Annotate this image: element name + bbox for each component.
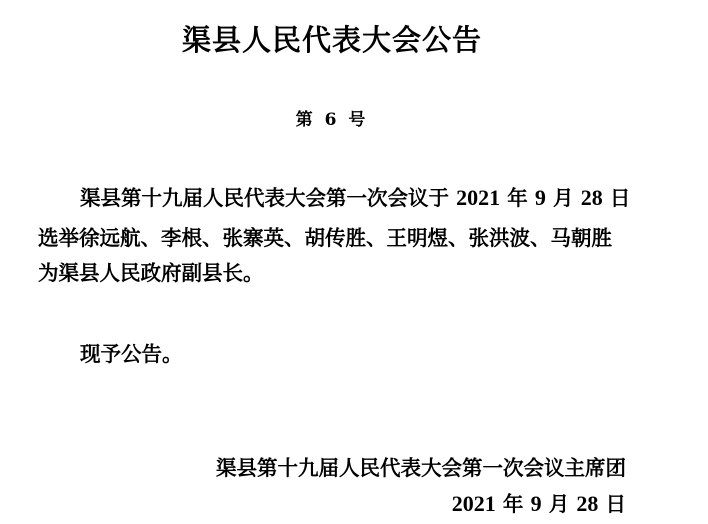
day-value: 28: [581, 185, 603, 210]
year-value: 2021: [456, 185, 500, 210]
announcement-document: 渠县人民代表大会公告 第 6 号 渠县第十九届人民代表大会第一次会议于 2021…: [0, 0, 708, 524]
page-title: 渠县人民代表大会公告: [0, 20, 664, 60]
signature-date: 2021 年 9 月 28 日: [452, 489, 626, 519]
document-number: 第 6 号: [0, 108, 664, 132]
year-unit: 年: [500, 186, 535, 210]
body-paragraph-1-line-3: 为渠县人民政府副县长。: [38, 258, 264, 288]
body-paragraph-1-line-1: 渠县第十九届人民代表大会第一次会议于 2021 年 9 月 28 日: [80, 183, 630, 213]
day-unit: 日: [603, 186, 631, 210]
month-unit: 月: [546, 186, 581, 210]
date-month: 9: [531, 491, 542, 516]
month-value: 9: [535, 185, 546, 210]
date-month-unit: 月: [542, 492, 577, 516]
body-paragraph-2: 现予公告。: [80, 339, 183, 369]
date-year: 2021: [452, 491, 496, 516]
date-year-unit: 年: [496, 492, 531, 516]
signature-issuer: 渠县第十九届人民代表大会第一次会议主席团: [216, 453, 626, 483]
date-day-unit: 日: [598, 492, 626, 516]
body-text: 渠县第十九届人民代表大会第一次会议于: [80, 186, 456, 210]
date-day: 28: [576, 491, 598, 516]
body-paragraph-1-line-2: 选举徐远航、李根、张寨英、胡传胜、王明煜、张洪波、马朝胜: [38, 223, 612, 253]
